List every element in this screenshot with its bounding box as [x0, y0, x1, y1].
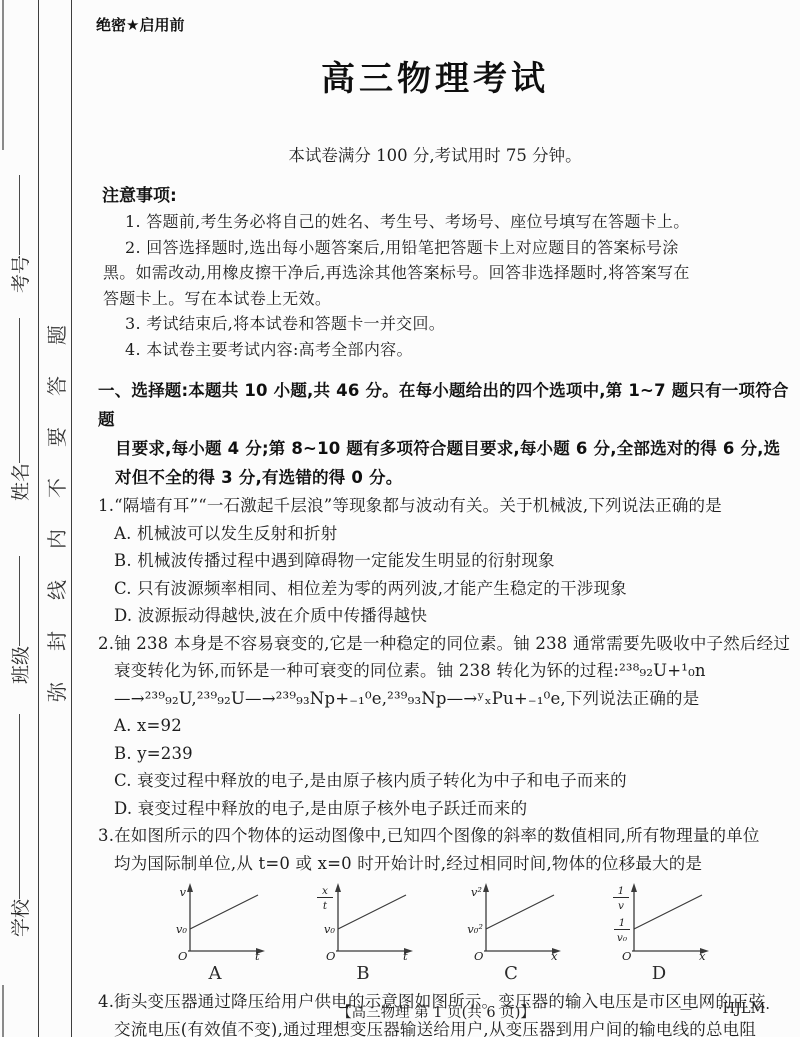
- q3-graph-c: v² v₀² O x C: [456, 881, 566, 984]
- seal-field-school-blank: [19, 714, 20, 899]
- q3-graph-b: x t v₀ O t B: [308, 881, 418, 984]
- graph-option-label: A: [209, 963, 222, 984]
- notice-block: 1. 答题前,考生务必将自己的姓名、考生号、考场号、座位号填写在答题卡上。 2.…: [72, 209, 798, 362]
- origin-label: O: [474, 949, 484, 961]
- seal-char: 线: [41, 580, 70, 600]
- classification-banner: 绝密★启用前: [96, 14, 798, 35]
- section-header: 一、选择题:本题共 10 小题,共 46 分。在每小题给出的四个选项中,第 1~…: [72, 376, 798, 492]
- paper-subtitle: 本试卷满分 100 分,考试用时 75 分钟。: [72, 142, 798, 166]
- question-1: 1.“隔墙有耳”“一石激起千层浪”等现象都与波动有关。关于机械波,下列说法正确的…: [72, 492, 798, 630]
- question-2: 2.铀 238 本身是不容易衰变的,它是一种稳定的同位素。铀 238 通常需要先…: [72, 630, 798, 823]
- question-stem: 均为国际制单位,从 t=0 或 x=0 时开始计时,经过相同时间,物体的位移最大…: [72, 850, 798, 878]
- seal-char: 内: [41, 529, 70, 549]
- question-stem: 2.铀 238 本身是不容易衰变的,它是一种稳定的同位素。铀 238 通常需要先…: [72, 630, 798, 658]
- seal-char: 弥: [41, 682, 70, 702]
- graph-option-label: B: [356, 963, 369, 984]
- seal-student-fields: 学校班级姓名考号: [0, 0, 38, 1037]
- q3-graph-d: 1 v 1 v₀ O x D: [604, 881, 714, 984]
- footer-code: ·HJLM·: [718, 1001, 770, 1017]
- notice-line: 4. 本试卷主要考试内容:高考全部内容。: [72, 337, 798, 363]
- page-footer: 【高三物理 第 1 页(共 6 页)】 — ·HJLM·: [72, 1001, 800, 1021]
- notice-line: 3. 考试结束后,将本试卷和答题卡一并交回。: [72, 311, 798, 337]
- q3-graphs-row: v v₀ O t A x: [160, 881, 798, 984]
- x-axis-label: t: [255, 949, 260, 961]
- seal-phrase: 弥 封 线 内 不 要 答 题: [39, 0, 71, 1037]
- notice-line: 黑。如需改动,用橡皮擦干净后,再选涂其他答案标号。回答非选择题时,将答案写在: [72, 260, 798, 286]
- seal-field-class-label: 班级: [6, 646, 33, 684]
- exam-paper-page: 学校班级姓名考号 弥 封 线 内 不 要 答 题 绝密★启用前 高三物理考试 本…: [0, 0, 800, 1037]
- motion-graph-v-t: v v₀ O t: [160, 881, 270, 961]
- seal-char: 不: [41, 478, 70, 498]
- seal-char: 答: [41, 376, 70, 396]
- seal-field-name-label: 姓名: [6, 463, 33, 501]
- paper-content: 绝密★启用前 高三物理考试 本试卷满分 100 分,考试用时 75 分钟。 注意…: [72, 0, 798, 1037]
- question-3: 3.在如图所示的四个物体的运动图像中,已知四个图像的斜率的数值相同,所有物理量的…: [72, 822, 798, 877]
- origin-label: O: [326, 949, 336, 961]
- question-stem: 衰变转化为钚,而钚是一种可衰变的同位素。铀 238 转化为钚的过程:²³⁸₉₂U…: [72, 657, 798, 685]
- y-axis-label: v²: [471, 885, 482, 899]
- intercept-denominator: v₀: [617, 932, 628, 944]
- intercept-label: v₀: [176, 922, 187, 936]
- y-axis-label: v: [180, 885, 187, 899]
- section-header-line: 对但不全的得 3 分,有选错的得 0 分。: [72, 463, 798, 492]
- footer-mark: —: [680, 1002, 692, 1016]
- option-a: A. 机械波可以发生反射和折射: [72, 520, 798, 548]
- notice-line: 答题卡上。写在本试卷上无效。: [72, 286, 798, 312]
- notice-line: 1. 答题前,考生务必将自己的姓名、考生号、考场号、座位号填写在答题卡上。: [72, 209, 798, 235]
- y-axis-label-numerator: 1: [618, 885, 625, 897]
- notice-line: 2. 回答选择题时,选出每小题答案后,用铅笔把答题卡上对应题目的答案标号涂: [72, 235, 798, 261]
- intercept-numerator: 1: [619, 917, 626, 929]
- seal-field-examno-blank: [19, 175, 20, 255]
- seal-field-class-blank: [19, 556, 20, 646]
- y-axis-label-numerator: x: [322, 885, 328, 897]
- graph-option-label: D: [652, 963, 666, 984]
- paper-title: 高三物理考试: [72, 51, 798, 100]
- intercept-label: v₀²: [467, 922, 483, 936]
- seal-char: 要: [41, 427, 70, 447]
- x-axis-label: x: [551, 949, 558, 961]
- q3-graph-a: v v₀ O t A: [160, 881, 270, 984]
- notice-heading: 注意事项:: [102, 181, 798, 206]
- option-b: B. 机械波传播过程中遇到障碍物一定能发生明显的衍射现象: [72, 547, 798, 575]
- intercept-label: v₀: [324, 922, 335, 936]
- option-c: C. 只有波源频率相同、相位差为零的两列波,才能产生稳定的干涉现象: [72, 575, 798, 603]
- seal-char: 封: [41, 631, 70, 651]
- seal-field-name-blank: [19, 318, 20, 463]
- origin-label: O: [622, 949, 632, 961]
- option-a: A. x=92: [72, 712, 798, 740]
- y-axis-label-denominator: t: [323, 900, 328, 912]
- section-header-line: 一、选择题:本题共 10 小题,共 46 分。在每小题给出的四个选项中,第 1~…: [72, 376, 798, 434]
- x-axis-label: x: [699, 949, 706, 961]
- graph-option-label: C: [504, 963, 518, 984]
- motion-graph-1v-x: 1 v 1 v₀ O x: [604, 881, 714, 961]
- option-c: C. 衰变过程中释放的电子,是由原子核内质子转化为中子和电子而来的: [72, 767, 798, 795]
- option-d: D. 衰变过程中释放的电子,是由原子核外电子跃迁而来的: [72, 795, 798, 823]
- y-axis-label-denominator: v: [618, 900, 624, 912]
- question-stem: 1.“隔墙有耳”“一石激起千层浪”等现象都与波动有关。关于机械波,下列说法正确的…: [72, 492, 798, 520]
- option-b: B. y=239: [72, 740, 798, 768]
- x-axis-label: t: [403, 949, 408, 961]
- option-d: D. 波源振动得越快,波在介质中传播得越快: [72, 602, 798, 630]
- question-stem: 3.在如图所示的四个物体的运动图像中,已知四个图像的斜率的数值相同,所有物理量的…: [72, 822, 798, 850]
- origin-label: O: [178, 949, 188, 961]
- motion-graph-xt-t: x t v₀ O t: [308, 881, 418, 961]
- question-stem: —→²³⁹₉₂U,²³⁹₉₂U—→²³⁹₉₃Np+₋₁⁰e,²³⁹₉₃Np—→ʸ…: [72, 685, 798, 713]
- seal-field-examno-label: 考号: [6, 255, 33, 293]
- seal-field-school-label: 学校: [6, 899, 33, 937]
- seal-char: 题: [41, 325, 70, 345]
- section-header-line: 目要求,每小题 4 分;第 8~10 题有多项符合题目要求,每小题 6 分,全部…: [72, 434, 798, 463]
- motion-graph-v2-x: v² v₀² O x: [456, 881, 566, 961]
